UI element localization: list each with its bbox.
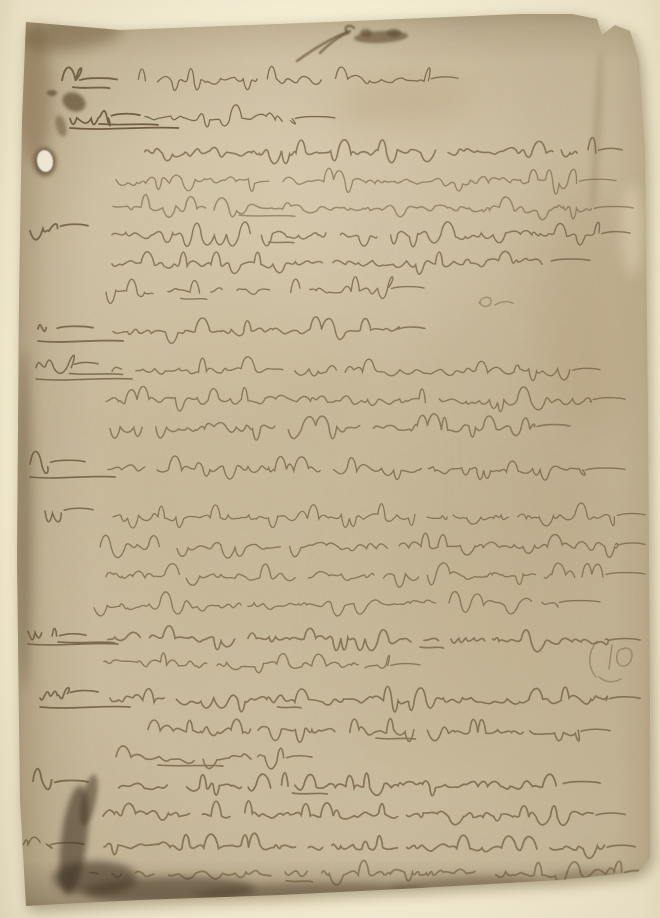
photo-backing-sheet	[0, 0, 660, 918]
paper-grain-texture	[0, 0, 660, 918]
manuscript-render-layer	[0, 0, 660, 918]
manuscript-page-wrap	[0, 0, 660, 918]
manuscript-page	[0, 0, 660, 918]
